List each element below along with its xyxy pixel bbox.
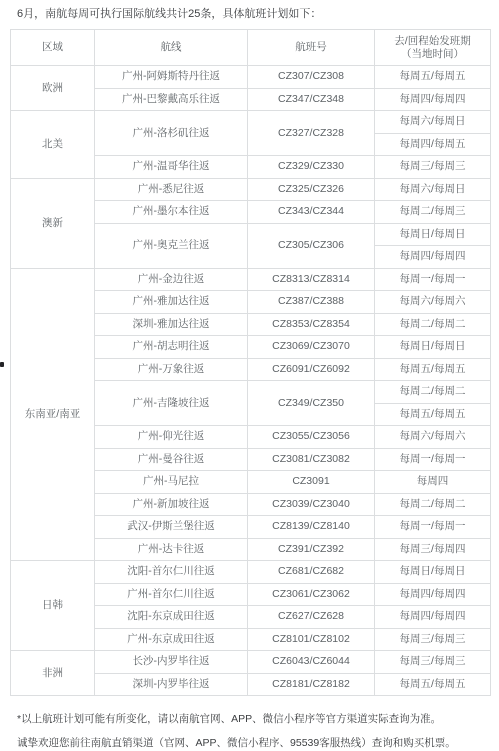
schedule-cell: 每周二/每周三 [375,201,491,224]
flight-number-cell: CZ681/CZ682 [248,561,375,584]
flight-number-cell: CZ307/CZ308 [248,66,375,89]
header-cell-region: 区域 [11,30,95,66]
schedule-cell: 每周二/每周二 [375,313,491,336]
schedule-cell: 每周六/每周六 [375,291,491,314]
route-cell: 广州-雅加达往返 [95,291,248,314]
route-cell: 广州-阿姆斯特丹往返 [95,66,248,89]
flight-number-cell: CZ3091 [248,471,375,494]
route-cell: 广州-巴黎戴高乐往返 [95,88,248,111]
route-cell: 广州-曼谷往返 [95,448,248,471]
flight-number-cell: CZ8101/CZ8102 [248,628,375,651]
route-cell: 广州-新加坡往返 [95,493,248,516]
schedule-cell: 每周三/每周三 [375,628,491,651]
route-cell: 广州-东京成田往返 [95,628,248,651]
flight-number-cell: CZ329/CZ330 [248,156,375,179]
table-row: 东南亚/南亚广州-金边往返CZ8313/CZ8314每周一/每周一 [11,268,491,291]
route-cell: 广州-马尼拉 [95,471,248,494]
region-cell: 北美 [11,111,95,179]
flight-number-cell: CZ343/CZ344 [248,201,375,224]
route-cell: 沈阳-东京成田往返 [95,606,248,629]
route-cell: 广州-胡志明往返 [95,336,248,359]
flight-number-cell: CZ627/CZ628 [248,606,375,629]
region-cell: 澳新 [11,178,95,268]
flight-number-cell: CZ8313/CZ8314 [248,268,375,291]
schedule-cell: 每周三/每周三 [375,651,491,674]
route-cell: 广州-洛杉矶往返 [95,111,248,156]
schedule-cell: 每周六/每周日 [375,111,491,134]
region-cell: 非洲 [11,651,95,696]
schedule-cell: 每周四/每周五 [375,133,491,156]
header-cell-schedule: 去/回程始发班期（当地时间） [375,30,491,66]
schedule-cell: 每周四/每周四 [375,583,491,606]
header-schedule-line1: 去/回程始发班期 [375,35,490,48]
route-cell: 广州-悉尼往返 [95,178,248,201]
table-row: 澳新广州-悉尼往返CZ325/CZ326每周六/每周日 [11,178,491,201]
table-row: 欧洲广州-阿姆斯特丹往返CZ307/CZ308每周五/每周五 [11,66,491,89]
schedule-cell: 每周三/每周三 [375,156,491,179]
region-cell: 日韩 [11,561,95,651]
flight-number-cell: CZ6091/CZ6092 [248,358,375,381]
footnote-purchase: 诚挚欢迎您前往南航直销渠道（官网、APP、微信小程序、95539客服热线）查询和… [0,736,499,750]
route-cell: 广州-吉隆坡往返 [95,381,248,426]
flight-number-cell: CZ8181/CZ8182 [248,673,375,696]
route-cell: 广州-奥克兰往返 [95,223,248,268]
header-cell-route: 航线 [95,30,248,66]
schedule-cell: 每周二/每周二 [375,493,491,516]
schedule-cell: 每周五/每周五 [375,66,491,89]
flight-number-cell: CZ391/CZ392 [248,538,375,561]
flight-number-cell: CZ6043/CZ6044 [248,651,375,674]
route-cell: 广州-首尔仁川往返 [95,583,248,606]
table-header: 区域航线航班号去/回程始发班期（当地时间） [11,30,491,66]
schedule-cell: 每周四/每周四 [375,606,491,629]
route-cell: 长沙-内罗毕往返 [95,651,248,674]
schedule-cell: 每周四/每周四 [375,246,491,269]
route-cell: 广州-墨尔本往返 [95,201,248,224]
route-cell: 武汉-伊斯兰堡往返 [95,516,248,539]
table-row: 非洲长沙-内罗毕往返CZ6043/CZ6044每周三/每周三 [11,651,491,674]
flight-number-cell: CZ347/CZ348 [248,88,375,111]
route-cell: 广州-达卡往返 [95,538,248,561]
schedule-cell: 每周一/每周一 [375,268,491,291]
schedule-cell: 每周一/每周一 [375,448,491,471]
schedule-cell: 每周四 [375,471,491,494]
flight-number-cell: CZ327/CZ328 [248,111,375,156]
header-schedule-line2: （当地时间） [375,48,490,61]
flight-schedule-table: 区域航线航班号去/回程始发班期（当地时间） 欧洲广州-阿姆斯特丹往返CZ307/… [10,29,491,696]
flight-number-cell: CZ8353/CZ8354 [248,313,375,336]
route-cell: 深圳-雅加达往返 [95,313,248,336]
route-cell: 广州-仰光往返 [95,426,248,449]
route-cell: 广州-万象往返 [95,358,248,381]
flight-number-cell: CZ325/CZ326 [248,178,375,201]
flight-number-cell: CZ3081/CZ3082 [248,448,375,471]
flight-number-cell: CZ3069/CZ3070 [248,336,375,359]
schedule-cell: 每周六/每周六 [375,426,491,449]
schedule-cell: 每周五/每周五 [375,673,491,696]
schedule-cell: 每周六/每周日 [375,178,491,201]
flight-number-cell: CZ8139/CZ8140 [248,516,375,539]
flight-number-cell: CZ3061/CZ3062 [248,583,375,606]
flight-number-cell: CZ305/CZ306 [248,223,375,268]
schedule-cell: 每周五/每周五 [375,403,491,426]
flight-number-cell: CZ349/CZ350 [248,381,375,426]
intro-text: 6月，南航每周可执行国际航线共计25条，具体航班计划如下： [0,0,499,22]
header-cell-flight-number: 航班号 [248,30,375,66]
route-cell: 广州-温哥华往返 [95,156,248,179]
flight-number-cell: CZ3039/CZ3040 [248,493,375,516]
table-row: 北美广州-洛杉矶往返CZ327/CZ328每周六/每周日 [11,111,491,134]
region-cell: 欧洲 [11,66,95,111]
route-cell: 广州-金边往返 [95,268,248,291]
route-cell: 沈阳-首尔仁川往返 [95,561,248,584]
region-cell: 东南亚/南亚 [11,268,95,561]
table-body: 欧洲广州-阿姆斯特丹往返CZ307/CZ308每周五/每周五广州-巴黎戴高乐往返… [11,66,491,696]
schedule-cell: 每周五/每周五 [375,358,491,381]
list-bullet [0,362,4,367]
schedule-cell: 每周二/每周二 [375,381,491,404]
table-row: 日韩沈阳-首尔仁川往返CZ681/CZ682每周日/每周日 [11,561,491,584]
footnote-disclaimer: *以上航班计划可能有所变化，请以南航官网、APP、微信小程序等官方渠道实际查询为… [0,712,499,726]
schedule-cell: 每周三/每周四 [375,538,491,561]
flight-number-cell: CZ3055/CZ3056 [248,426,375,449]
route-cell: 深圳-内罗毕往返 [95,673,248,696]
flight-number-cell: CZ387/CZ388 [248,291,375,314]
schedule-cell: 每周日/每周日 [375,336,491,359]
schedule-cell: 每周日/每周日 [375,561,491,584]
schedule-cell: 每周一/每周一 [375,516,491,539]
schedule-cell: 每周四/每周四 [375,88,491,111]
schedule-cell: 每周日/每周日 [375,223,491,246]
